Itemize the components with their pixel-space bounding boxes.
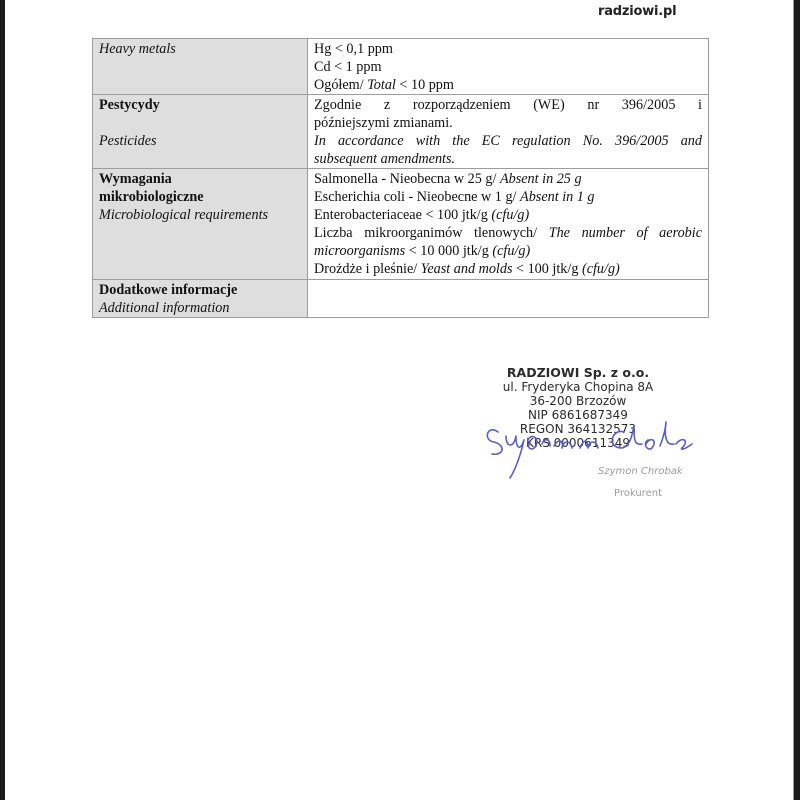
- row-value: Zgodnie z rozporządzeniem (WE) nr 396/20…: [308, 95, 709, 169]
- row-value: Salmonella - Nieobecna w 25 g/ Absent in…: [308, 169, 709, 280]
- label-en: Microbiological requirements: [99, 206, 301, 224]
- table-row-additional-info: Dodatkowe informacje Additional informat…: [93, 280, 709, 318]
- signer-name: Szymon Chrobak: [598, 466, 683, 477]
- row-value: Hg < 0,1 ppm Cd < 1 ppm Ogółem/ Total < …: [308, 39, 709, 95]
- requirement-enterobacteriaceae: Enterobacteriaceae < 100 jtk/g (cfu/g): [314, 206, 702, 224]
- row-value: [308, 280, 709, 318]
- value-line: Cd < 1 ppm: [314, 58, 702, 76]
- value-pl-line: późniejszymi zmianami.: [314, 114, 702, 132]
- table-row-microbiological: Wymagania mikrobiologiczne Microbiologic…: [93, 169, 709, 280]
- label-pl: Wymagania: [99, 170, 301, 188]
- brand-website: radziowi.pl: [598, 4, 676, 19]
- stamp-company: RADZIOWI Sp. z o.o.: [488, 366, 668, 380]
- requirement-yeast-molds: Drożdże i pleśnie/ Yeast and molds < 100…: [314, 260, 702, 278]
- stamp-street: ul. Fryderyka Chopina 8A: [488, 380, 668, 394]
- signer-role: Prokurent: [614, 488, 662, 499]
- table-row-heavy-metals: Heavy metals Hg < 0,1 ppm Cd < 1 ppm Ogó…: [93, 39, 709, 95]
- label-en: Pesticides: [99, 132, 301, 150]
- requirement-salmonella: Salmonella - Nieobecna w 25 g/ Absent in…: [314, 170, 702, 188]
- viewer-edge-right: [794, 0, 800, 800]
- label-en: Additional information: [99, 299, 301, 317]
- label-pl: Dodatkowe informacje: [99, 281, 301, 299]
- row-label: Dodatkowe informacje Additional informat…: [93, 280, 308, 318]
- value-en-line: subsequent amendments.: [314, 150, 702, 168]
- specification-table: Heavy metals Hg < 0,1 ppm Cd < 1 ppm Ogó…: [92, 38, 709, 318]
- viewer-edge-left: [0, 0, 5, 800]
- stamp-city: 36-200 Brzozów: [488, 394, 668, 408]
- row-label: Heavy metals: [93, 39, 308, 95]
- value-line: Hg < 0,1 ppm: [314, 40, 702, 58]
- row-label: Wymagania mikrobiologiczne Microbiologic…: [93, 169, 308, 280]
- requirement-aerobic-line1: Liczba mikroorganimów tlenowych/ The num…: [314, 224, 702, 242]
- requirement-ecoli: Escherichia coli - Nieobecne w 1 g/ Abse…: [314, 188, 702, 206]
- row-label: Pestycydy Pesticides: [93, 95, 308, 169]
- label-pl: Pestycydy: [99, 96, 301, 114]
- requirement-aerobic-line2: microorganisms < 10 000 jtk/g (cfu/g): [314, 242, 702, 260]
- table-row-pesticides: Pestycydy Pesticides Zgodnie z rozporząd…: [93, 95, 709, 169]
- label-en: Heavy metals: [99, 40, 301, 58]
- value-pl-line: Zgodnie z rozporządzeniem (WE) nr 396/20…: [314, 96, 702, 114]
- value-line-total: Ogółem/ Total < 10 ppm: [314, 76, 702, 94]
- value-en-line: In accordance with the EC regulation No.…: [314, 132, 702, 150]
- label-pl: mikrobiologiczne: [99, 188, 301, 206]
